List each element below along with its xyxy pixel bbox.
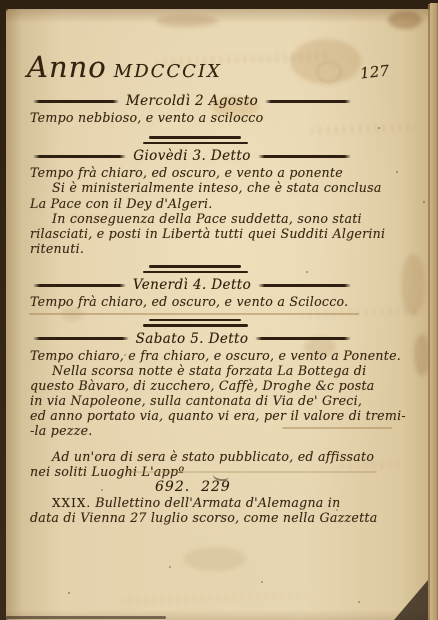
heading-rule-right (258, 284, 351, 287)
entry-heading: Sabato 5. Detto (136, 331, 249, 347)
title-row: Anno MDCCCIX 127 (27, 50, 403, 90)
bottom-page-edge (6, 616, 166, 619)
entry-line: ed anno portato via, quanto vi era, per … (27, 408, 403, 423)
entry-line: Tempo frà chiaro, ed oscuro, e vento a p… (27, 165, 403, 180)
ink-stain (401, 254, 425, 316)
section-double-rule (143, 265, 248, 273)
rule-bar (143, 324, 248, 327)
manuscript-text: Anno MDCCCIX 127 Mercoldì 2 Agosto Tempo… (27, 50, 403, 525)
entry-line: Tempo chiaro, e fra chiaro, e oscuro, e … (27, 348, 403, 363)
rule-bar (143, 142, 248, 145)
heading-rule-left (33, 155, 126, 158)
bulletin-line: XXIX.Bullettino dell'Armata d'Alemagna i… (27, 495, 403, 510)
entry-line: In conseguenza della Pace suddetta, sono… (27, 211, 403, 226)
bleed-through-texture (121, 591, 306, 605)
entry-line: La Pace con il Dey d'Algeri. (27, 196, 403, 211)
under-pages-edge (430, 3, 438, 620)
closing-line: Ad un'ora di sera è stato pubblicato, ed… (27, 449, 403, 464)
faint-crease (29, 313, 359, 315)
entry-line: Si è ministerialmente inteso, che è stat… (27, 180, 403, 195)
title-year: MDCCCIX (114, 61, 222, 82)
ink-stain (184, 547, 246, 571)
closing-block: Ad un'ora di sera è stato pubblicato, ed… (27, 449, 403, 526)
closing-line: nei soliti Luoghi L'appº (27, 464, 403, 479)
reference-numbers: 692. 229 (27, 479, 403, 495)
entry-line: questo Bàvaro, di zucchero, Caffè, Drogh… (27, 378, 403, 393)
entry-heading: Giovèdi 3. Detto (133, 148, 250, 164)
page-number: 127 (359, 62, 390, 83)
heading-rule-right (265, 100, 351, 103)
entry-heading-row: Sabato 5. Detto (33, 330, 351, 348)
entry-heading: Venerdì 4. Detto (133, 277, 251, 293)
entry-line: Tempo nebbioso, e vento a scilocco (27, 110, 403, 125)
bulletin-text: Bullettino dell'Armata d'Alemagna in (95, 495, 340, 510)
entry-line: Tempo frà chiaro, ed oscuro, e vento a S… (27, 294, 403, 309)
heading-rule-right (258, 155, 351, 158)
ink-stain (388, 11, 422, 29)
entry-heading: Mercoldì 2 Agosto (126, 93, 258, 109)
rule-bar (149, 136, 241, 139)
entry-heading-row: Mercoldì 2 Agosto (33, 92, 351, 110)
ink-specks (6, 9, 8, 11)
entry-heading-row: Giovèdi 3. Detto (33, 147, 351, 165)
entry-line: ritenuti. (27, 241, 403, 256)
rule-bar (143, 271, 248, 274)
rule-bar (149, 265, 241, 268)
ink-stain (156, 15, 218, 27)
page-title: Anno (27, 50, 107, 84)
section-double-rule (143, 136, 248, 144)
entry-line: Nella scorsa notte è stata forzata La Bo… (27, 363, 403, 378)
heading-rule-left (33, 337, 129, 340)
photo-background: Anno MDCCCIX 127 Mercoldì 2 Agosto Tempo… (0, 0, 438, 620)
bulletin-line: data di Vienna 27 luglio scorso, come ne… (27, 510, 403, 525)
heading-rule-left (33, 100, 119, 103)
bulletin-roman-numeral: XXIX. (52, 496, 91, 510)
entry-line: in via Napoleone, sulla cantonata di Via… (27, 393, 403, 408)
heading-rule-right (255, 337, 351, 340)
heading-rule-left (33, 284, 126, 287)
entry-line: rilasciati, e posti in Libertà tutti que… (27, 226, 403, 241)
entry-line: -la pezze. (27, 423, 403, 438)
section-double-rule (143, 319, 248, 327)
rule-bar (149, 319, 241, 322)
entry-heading-row: Venerdì 4. Detto (33, 276, 351, 294)
